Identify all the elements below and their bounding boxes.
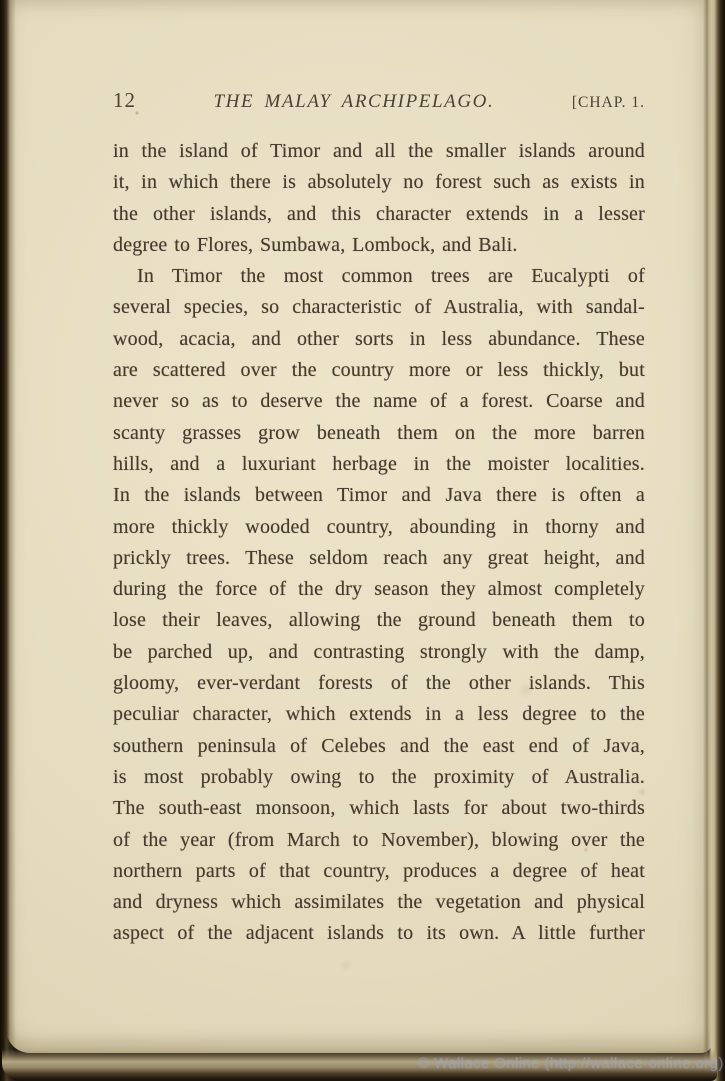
text-line: more thickly wooded country, abounding i… (113, 512, 645, 543)
text-line: northern parts of that country, produces… (113, 856, 645, 887)
text-line: be parched up, and contrasting strongly … (113, 637, 645, 668)
text-line: never so as to deserve the name of a for… (113, 386, 645, 417)
text-line: of the year (from March to November), bl… (113, 825, 645, 856)
text-line: scanty grasses grow beneath them on the … (113, 418, 645, 449)
chapter-marker: [CHAP. 1. (572, 94, 645, 112)
page-header: 12 THE MALAY ARCHIPELAGO. [CHAP. 1. (113, 88, 645, 113)
text-line: southern peninsula of Celebes and the ea… (113, 731, 645, 762)
running-title: THE MALAY ARCHIPELAGO. (136, 91, 572, 113)
text-line: peculiar character, which extends in a l… (113, 699, 645, 730)
text-line: wood, acacia, and other sorts in less ab… (113, 324, 645, 355)
text-line: lose their leaves, allowing the ground b… (113, 605, 645, 636)
text-line: are scattered over the country more or l… (113, 355, 645, 386)
watermark: © Wallace Online (http://wallace-online.… (418, 1055, 724, 1072)
text-line: during the force of the dry season they … (113, 574, 645, 605)
text-line: it, in which there is absolutely no fore… (113, 167, 645, 198)
binding-edge (0, 0, 16, 1081)
text-line: aspect of the adjacent islands to its ow… (113, 918, 645, 949)
page-content: 12 THE MALAY ARCHIPELAGO. [CHAP. 1. in t… (113, 88, 645, 950)
text-line: gloomy, ever-verdant forests of the othe… (113, 668, 645, 699)
page-paper: 12 THE MALAY ARCHIPELAGO. [CHAP. 1. in t… (6, 0, 713, 1053)
text-line: degree to Flores, Sumbawa, Lombock, and … (113, 230, 645, 261)
text-line: is most probably owing to the proximity … (113, 762, 645, 793)
text-line: The south-east monsoon, which lasts for … (113, 793, 645, 824)
text-line: prickly trees. These seldom reach any gr… (113, 543, 645, 574)
body-text: in the island of Timor and all the small… (113, 136, 645, 950)
text-line: In Timor the most common trees are Eucal… (113, 261, 645, 292)
text-line: the other islands, and this character ex… (113, 199, 645, 230)
text-line: hills, and a luxuriant herbage in the mo… (113, 449, 645, 480)
text-line: In the islands between Timor and Java th… (113, 480, 645, 511)
page-number: 12 (113, 88, 136, 113)
text-line: in the island of Timor and all the small… (113, 136, 645, 167)
page-edge-right (703, 0, 725, 1081)
book-page-scan: 12 THE MALAY ARCHIPELAGO. [CHAP. 1. in t… (0, 0, 725, 1081)
text-line: and dryness which assimilates the vegeta… (113, 887, 645, 918)
text-line: several species, so characteristic of Au… (113, 292, 645, 323)
